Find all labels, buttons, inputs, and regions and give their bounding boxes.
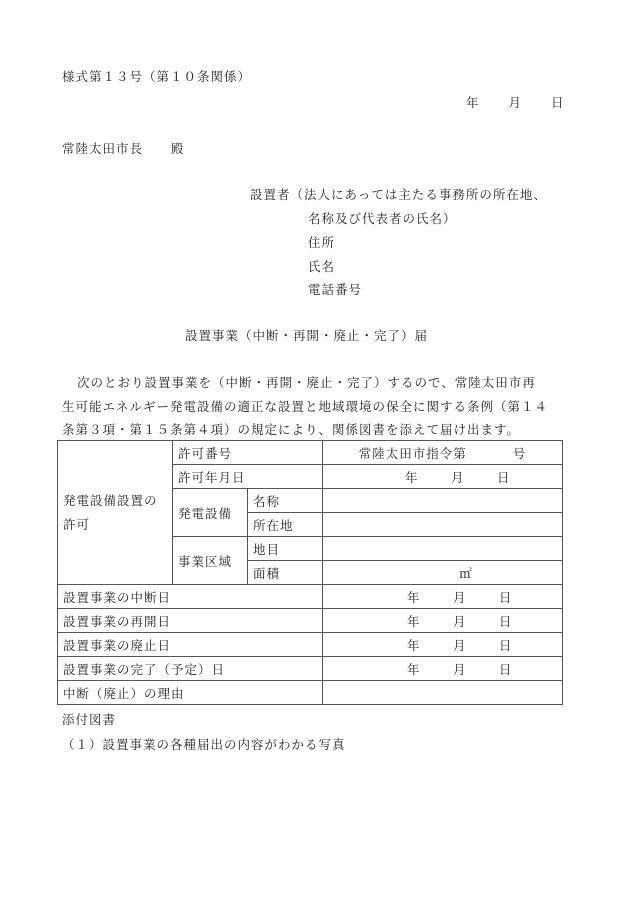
- date-month-label: 月: [509, 95, 522, 110]
- applicant-address-label: 住所: [308, 233, 335, 251]
- area-unit: ㎡: [459, 566, 473, 581]
- table-row-suspension-date: 設置事業の中断日 年月日: [58, 585, 563, 609]
- resumption-date-label: 設置事業の再開日: [58, 609, 323, 633]
- date-year-label: 年: [466, 95, 479, 110]
- table-row-reason: 中断（廃止）の理由: [58, 681, 563, 705]
- facility-location-label: 所在地: [248, 513, 323, 537]
- land-category-label: 地目: [248, 537, 323, 561]
- body-line-3: 条第３項・第１５条第４項）の規定により、関係図書を添えて届け出ます。: [62, 420, 520, 438]
- form-number: 様式第１３号（第１０条関係）: [62, 67, 251, 85]
- land-category-field[interactable]: [323, 537, 563, 561]
- applicant-name-label: 氏名: [308, 257, 335, 275]
- permit-number-field[interactable]: 常陸太田市指令第号: [323, 441, 563, 465]
- reason-label: 中断（廃止）の理由: [58, 681, 323, 705]
- table-row-abolition-date: 設置事業の廃止日 年月日: [58, 633, 563, 657]
- date-day-label: 日: [551, 95, 564, 110]
- applicant-label: 設置者（法人にあっては主たる事務所の所在地、: [250, 185, 547, 203]
- completion-date-label: 設置事業の完了（予定）日: [58, 657, 323, 681]
- document-title: 設置事業（中断・再開・廃止・完了）届: [185, 326, 428, 344]
- facility-location-field[interactable]: [323, 513, 563, 537]
- addressee: 常陸太田市長殿: [62, 139, 185, 157]
- body-line-1: 次のとおり設置事業を（中断・再開・廃止・完了）するので、常陸太田市再: [77, 373, 536, 391]
- addressee-name: 常陸太田市長: [62, 141, 143, 156]
- table-row-resumption-date: 設置事業の再開日 年月日: [58, 609, 563, 633]
- applicant-phone-label: 電話番号: [308, 280, 362, 298]
- abolition-date-label: 設置事業の廃止日: [58, 633, 323, 657]
- permit-number-label: 許可番号: [173, 441, 323, 465]
- notification-table: 発電設備設置の 許可 許可番号 常陸太田市指令第号 許可年月日 年月日 発電設備…: [57, 440, 563, 705]
- abolition-date-field[interactable]: 年月日: [323, 633, 563, 657]
- area-size-field[interactable]: ㎡: [323, 561, 563, 585]
- permit-date-label: 許可年月日: [173, 465, 323, 489]
- permit-group-label: 発電設備設置の 許可: [58, 441, 173, 585]
- area-label: 事業区域: [173, 537, 248, 585]
- suspension-date-label: 設置事業の中断日: [58, 585, 323, 609]
- honorific: 殿: [171, 141, 185, 156]
- attachment-item-1: （１）設置事業の各種届出の内容がわかる写真: [62, 735, 346, 753]
- submission-date: 年月日: [466, 93, 564, 111]
- permit-date-field[interactable]: 年月日: [323, 465, 563, 489]
- table-row-permit-number: 発電設備設置の 許可 許可番号 常陸太田市指令第号: [58, 441, 563, 465]
- body-line-2: 生可能エネルギー発電設備の適正な設置と地域環境の保全に関する条例（第１４: [62, 397, 548, 415]
- suspension-date-field[interactable]: 年月日: [323, 585, 563, 609]
- table-row-completion-date: 設置事業の完了（予定）日 年月日: [58, 657, 563, 681]
- area-size-label: 面積: [248, 561, 323, 585]
- attachments-heading: 添付図書: [62, 710, 116, 728]
- resumption-date-field[interactable]: 年月日: [323, 609, 563, 633]
- facility-label: 発電設備: [173, 489, 248, 537]
- facility-name-field[interactable]: [323, 489, 563, 513]
- facility-name-label: 名称: [248, 489, 323, 513]
- reason-field[interactable]: [323, 681, 563, 705]
- completion-date-field[interactable]: 年月日: [323, 657, 563, 681]
- applicant-label-cont: 名称及び代表者の氏名）: [308, 209, 457, 227]
